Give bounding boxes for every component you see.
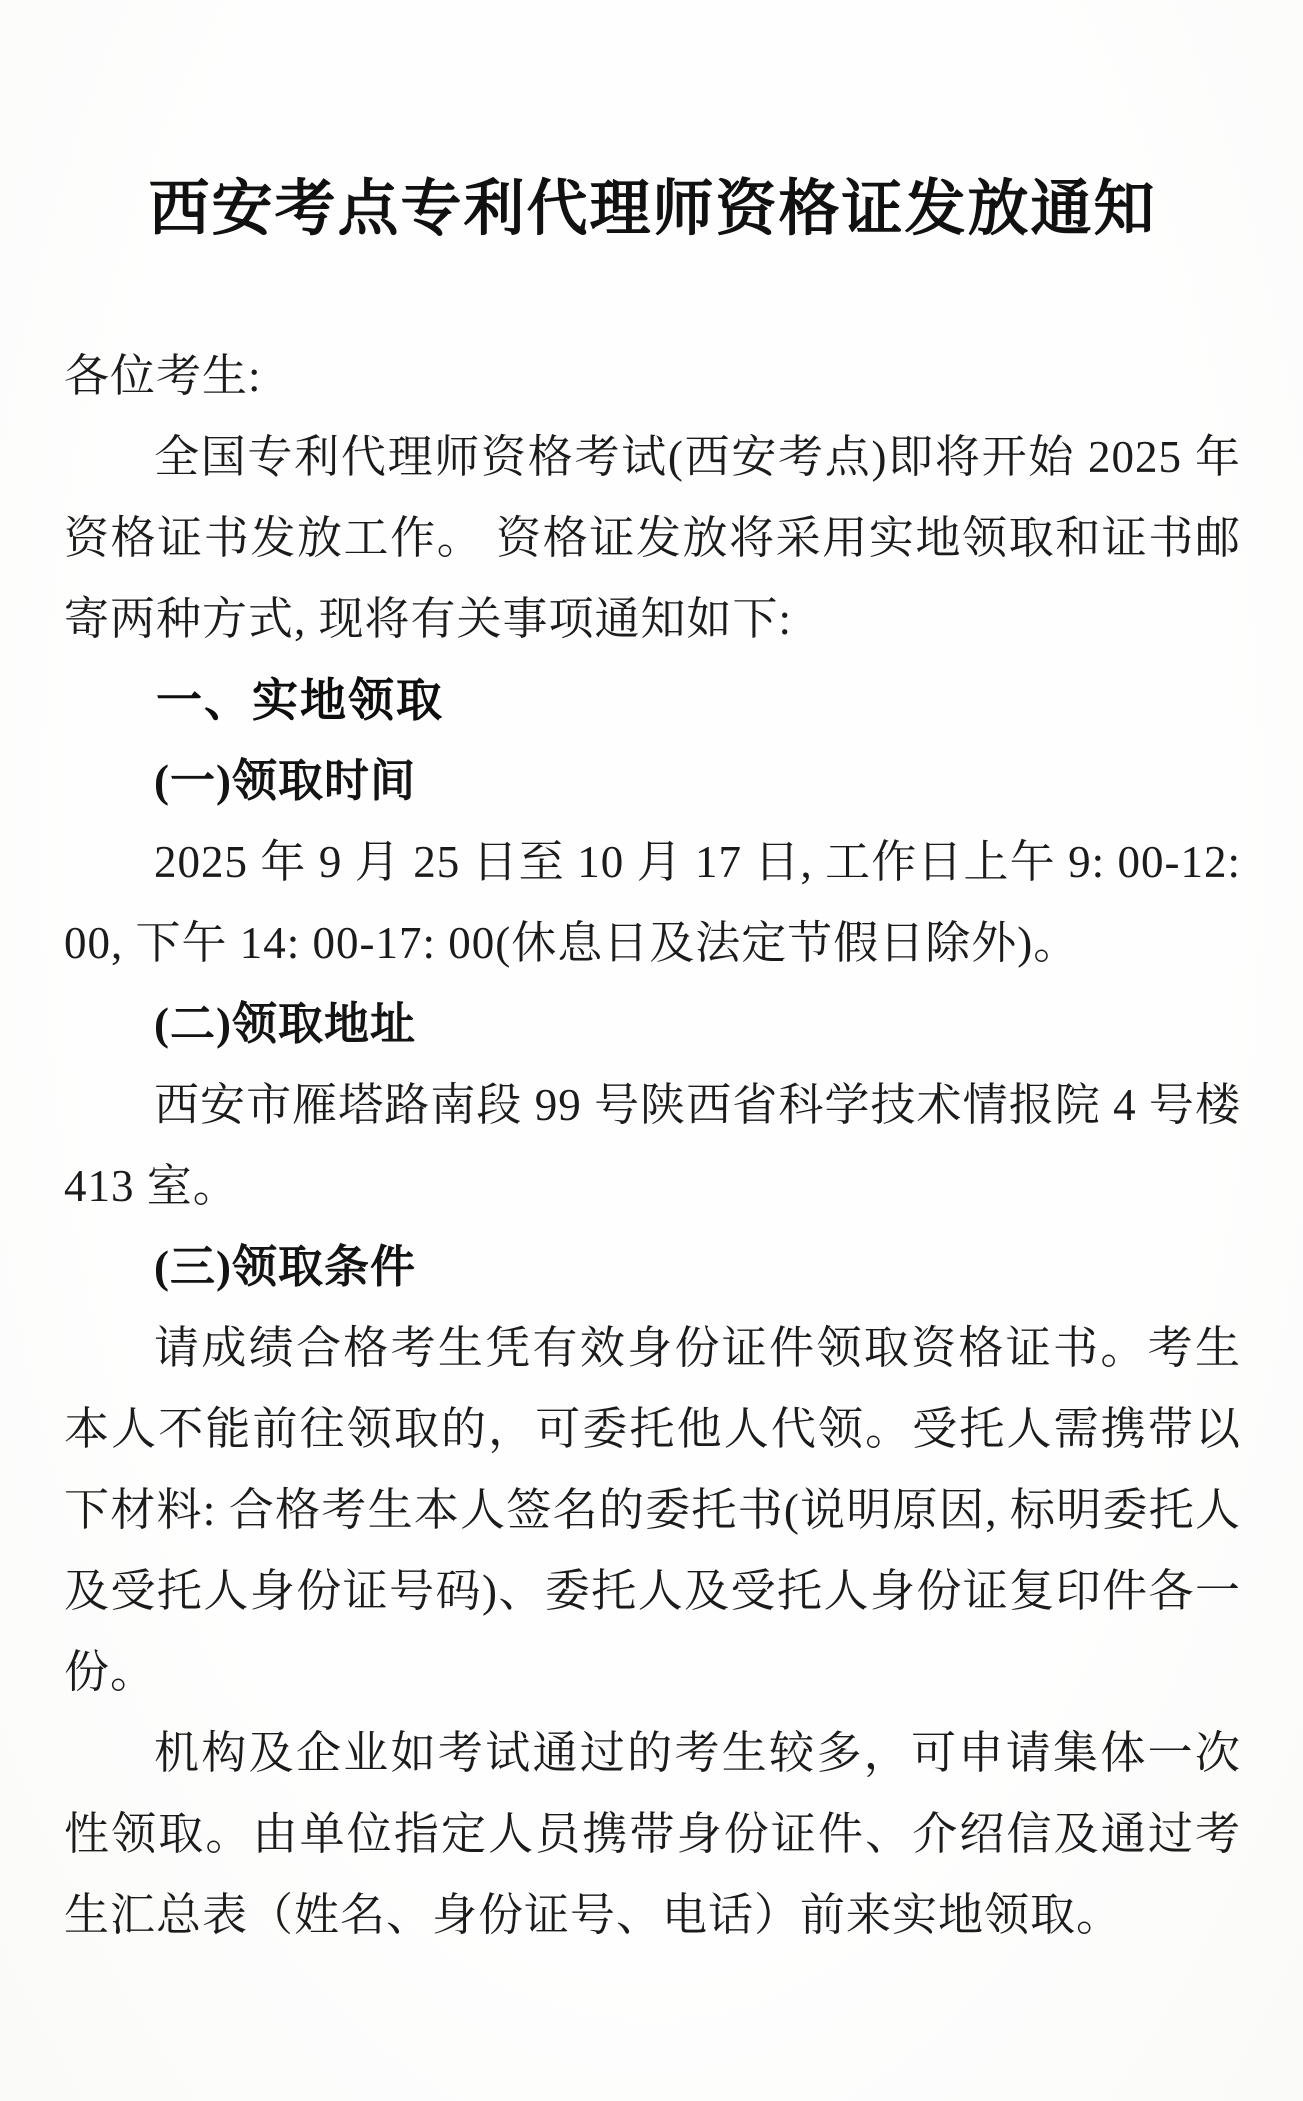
- subheading-pickup-address: (二)领取地址: [64, 984, 1241, 1065]
- pickup-address-paragraph: 西安市雁塔路南段 99 号陕西省科学技术情报院 4 号楼 413 室。: [64, 1065, 1241, 1227]
- page-title: 西安考点专利代理师资格证发放通知: [64, 172, 1241, 248]
- pickup-time-paragraph: 2025 年 9 月 25 日至 10 月 17 日, 工作日上午 9: 00-…: [64, 822, 1241, 984]
- pickup-conditions-paragraph: 请成绩合格考生凭有效身份证件领取资格证书。考生本人不能前往领取的，可委托他人代领…: [64, 1308, 1241, 1713]
- subheading-pickup-conditions: (三)领取条件: [64, 1227, 1241, 1308]
- group-pickup-paragraph: 机构及企业如考试通过的考生较多，可申请集体一次性领取。由单位指定人员携带身份证件…: [64, 1713, 1241, 1956]
- scanned-notice-page: 西安考点专利代理师资格证发放通知 各位考生: 全国专利代理师资格考试(西安考点)…: [0, 0, 1303, 2101]
- salutation: 各位考生:: [64, 336, 1241, 417]
- intro-paragraph: 全国专利代理师资格考试(西安考点)即将开始 2025 年资格证书发放工作。 资格…: [64, 417, 1241, 660]
- section-heading-onsite-pickup: 一、实地领取: [64, 660, 1241, 741]
- subheading-pickup-time: (一)领取时间: [64, 741, 1241, 822]
